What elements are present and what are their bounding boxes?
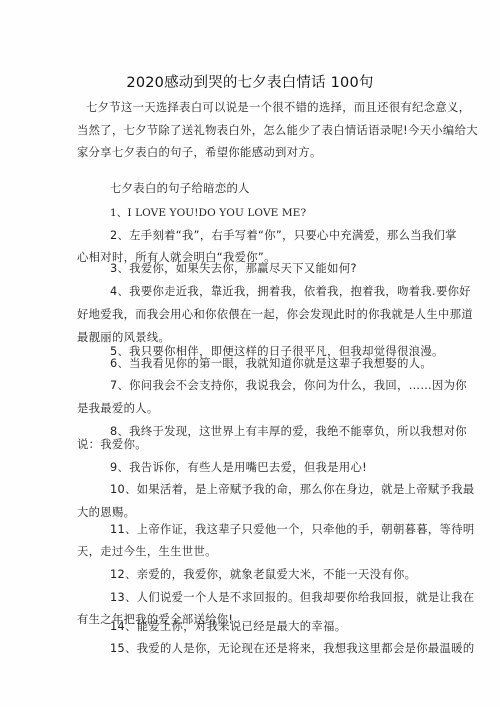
list-item: 15、我爱的人是你，无论现在还是将来，我想我这里都会是你最温暖的 [110,642,474,656]
document-title: 2020感动到哭的七夕表白情话 100句 [0,74,500,92]
list-item-continued: 好地爱我，而我会用心和你依偎在一起，你会发现此时的你我就是人生中那道 [77,308,473,322]
list-item: 4、我要你走近我，靠近我，拥着我，依着我，抱着我，吻着我.要你好 [110,285,471,299]
list-item-continued: 最靓丽的风景线。 [77,331,170,345]
list-item: 9、我告诉你，有些人是用嘴巴去爱，但我是用心! [110,461,367,475]
list-item: 11、上帝作证，我这辈子只爱他一个，只牵他的手，朝朝暮暮，等待明 [110,523,474,537]
list-item: 12、亲爱的，我爱你，就象老鼠爱大米，不能一天没有你。 [110,568,416,582]
list-item: 7、你问我会不会支持你，我说我会，你问为什么，我回，……因为你 [110,379,467,393]
list-item: 14、能爱上你，对我来说已经是最大的幸福。 [110,620,346,634]
list-item: 3、我爱你，如果失去你，那赢尽天下又能如何? [110,262,357,276]
list-item: 13、人们说爱一个人是不求回报的。但我却要你给我回报，就是让我在 [110,591,474,605]
list-item-continued: 是我最爱的人。 [77,402,159,416]
list-item-continued: 天，走过今生，生生世世。 [77,545,217,559]
intro-line: 家分享七夕表白的句子，希望你能感动到对方。 [77,146,322,160]
list-item: 8、我终于发现，这世界上有丰厚的爱，我绝不能辜负，所以我想对你 [110,425,467,439]
list-item: 6、当我看见你的第一眼，我就知道你就是这辈子我想娶的人。 [110,357,432,371]
list-item-continued: 大的恩赐。 [77,506,135,520]
list-item: 2、左手刻着“我”，右手写着“你”，只要心中充满爱，那么当我们掌 [110,229,457,243]
list-item: 10、如果活着，是上帝赋予我的命，那么你在身边，就是上帝赋予我最 [110,483,474,497]
section-heading: 七夕表白的句子给暗恋的人 [110,182,250,196]
document-page: 2020感动到哭的七夕表白情话 100句 七夕节这一天选择表白可以说是一个很不错… [0,0,500,707]
intro-line: 当然了，七夕节除了送礼物表白外，怎么能少了表白情话语录呢!今天小编给大 [77,124,478,138]
intro-line: 七夕节这一天选择表白可以说是一个很不错的选择，而且还很有纪念意义， [86,101,470,115]
list-item: 1、I LOVE YOU!DO YOU LOVE ME? [110,206,306,220]
list-item-continued: 说：我爱你。 [77,438,147,452]
